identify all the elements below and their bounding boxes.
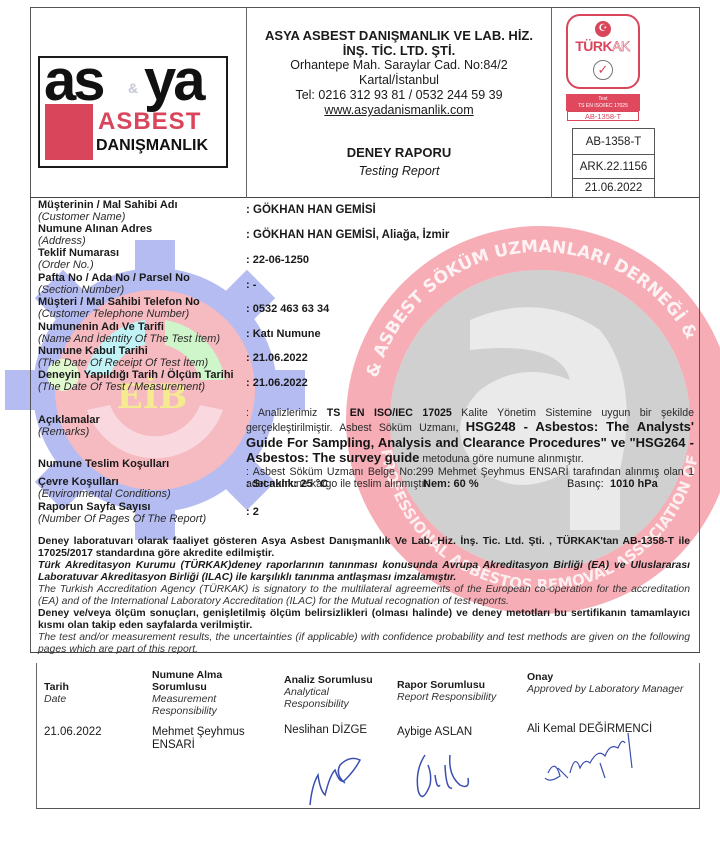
- report-number: ARK.22.1156: [573, 155, 654, 179]
- company-phone: Tel: 0216 312 93 81 / 0532 244 59 39: [247, 88, 551, 103]
- field-address-value: : GÖKHAN HAN GEMİSİ, Aliağa, İzmir: [246, 229, 449, 241]
- company-logo: as & ya ASBEST DANIŞMANLIK: [38, 56, 228, 168]
- field-test-item-value: : Katı Numune: [246, 328, 321, 340]
- remarks-method: : Analizlerimiz TS EN ISO/IEC 17025 Kali…: [246, 407, 694, 466]
- accreditation-statement: Deney laboratuvarı olarak faaliyet göste…: [38, 536, 690, 656]
- field-pages-label: Raporun Sayfa Sayısı(Number Of Pages Of …: [38, 501, 248, 525]
- logo-word-ya: ya: [144, 56, 203, 110]
- accreditation-number: AB-1358-T: [573, 129, 654, 155]
- accreditation-p4: Deney ve/veya ölçüm sonuçları, genişleti…: [38, 608, 690, 632]
- turkak-code: AB-1358-T: [567, 111, 639, 121]
- accreditation-p2: Türk Akreditasyon Kurumu (TÜRKAK)deney r…: [38, 560, 690, 584]
- accreditation-p3: The Turkish Accreditation Agency (TÜRKAK…: [38, 584, 690, 608]
- field-phone-label: Müşteri / Mal Sahibi Telefon No(Customer…: [38, 296, 248, 320]
- logo-word-as: as: [44, 56, 103, 110]
- field-pages-value: : 2: [246, 506, 259, 518]
- field-customer-name-label: Müşterinin / Mal Sahibi Adı(Customer Nam…: [38, 199, 248, 223]
- field-address-label: Numune Alınan Adres(Address): [38, 223, 248, 247]
- accreditation-p1: Deney laboratuvarı olarak faaliyet göste…: [38, 536, 690, 560]
- field-test-item-label: Numunenin Adı Ve Tarifi(Name And İdentit…: [38, 321, 248, 345]
- field-receipt-date-value: : 21.06.2022: [246, 352, 308, 364]
- logo-asbest: ASBEST: [98, 110, 201, 134]
- report-date: 21.06.2022: [573, 179, 654, 197]
- field-order-no-value: : 22-06-1250: [246, 254, 309, 266]
- logo-danismanlik: DANIŞMANLIK: [96, 138, 208, 154]
- field-phone-value: : 0532 463 63 34: [246, 303, 329, 315]
- company-name: ASYA ASBEST DANIŞMANLIK VE LAB. HİZ. İNŞ…: [247, 28, 551, 58]
- field-delivery-conditions-label: Numune Teslim Koşulları: [38, 458, 248, 470]
- turkak-standard-band: Test TS EN ISO/IEC 17025: [566, 94, 640, 111]
- field-section-no-value: : -: [246, 279, 256, 291]
- company-logo-cell: as & ya ASBEST DANIŞMANLIK: [31, 8, 247, 198]
- accreditation-cell: ☪ TÜRKAK ✓ Test TS EN ISO/IEC 17025 AB-1…: [552, 8, 700, 198]
- report-subtitle: Testing Report: [247, 164, 551, 178]
- field-test-date-label: Deneyin Yapıldığı Tarih / Ölçüm Tarihi(T…: [38, 369, 248, 393]
- turkak-logo: ☪ TÜRKAK ✓ Test TS EN ISO/IEC 17025 AB-1…: [566, 14, 640, 120]
- company-address-2: Kartal/İstanbul: [247, 73, 551, 88]
- env-temperature: : Sıcaklık: 25 °C: [246, 478, 328, 490]
- crescent-star-icon: ☪: [595, 21, 611, 37]
- env-pressure-value: 1010 hPa: [610, 478, 658, 490]
- checkmark-icon: ✓: [593, 60, 613, 80]
- logo-ampersand: &: [128, 80, 138, 96]
- field-order-no-label: Teklif Numarası(Order No.): [38, 247, 248, 271]
- env-humidity: Nem: 60 %: [423, 478, 479, 490]
- field-environment-label: Çevre Koşulları(Environmental Conditions…: [38, 476, 248, 500]
- field-remarks-label: Açıklamalar(Remarks): [38, 414, 248, 438]
- accreditation-p5: The test and/or measurement results, the…: [38, 632, 690, 656]
- field-receipt-date-label: Numune Kabul Tarihi(The Date Of Receipt …: [38, 345, 248, 369]
- field-section-no-label: Pafta No / Ada No / Parsel No(Section Nu…: [38, 272, 248, 296]
- field-customer-name-value: : GÖKHAN HAN GEMİSİ: [246, 204, 376, 216]
- report-reference-box: AB-1358-T ARK.22.1156 21.06.2022: [572, 128, 655, 198]
- field-test-date-value: : 21.06.2022: [246, 377, 308, 389]
- company-website-link[interactable]: www.asyadanismanlik.com: [247, 103, 551, 118]
- report-title: DENEY RAPORU: [247, 145, 551, 160]
- report-header: as & ya ASBEST DANIŞMANLIK ASYA ASBEST D…: [30, 7, 700, 198]
- company-info-cell: ASYA ASBEST DANIŞMANLIK VE LAB. HİZ. İNŞ…: [247, 8, 552, 198]
- env-pressure-label: Basınç:: [567, 478, 604, 490]
- company-address-1: Orhantepe Mah. Saraylar Cad. No:84/2: [247, 58, 551, 73]
